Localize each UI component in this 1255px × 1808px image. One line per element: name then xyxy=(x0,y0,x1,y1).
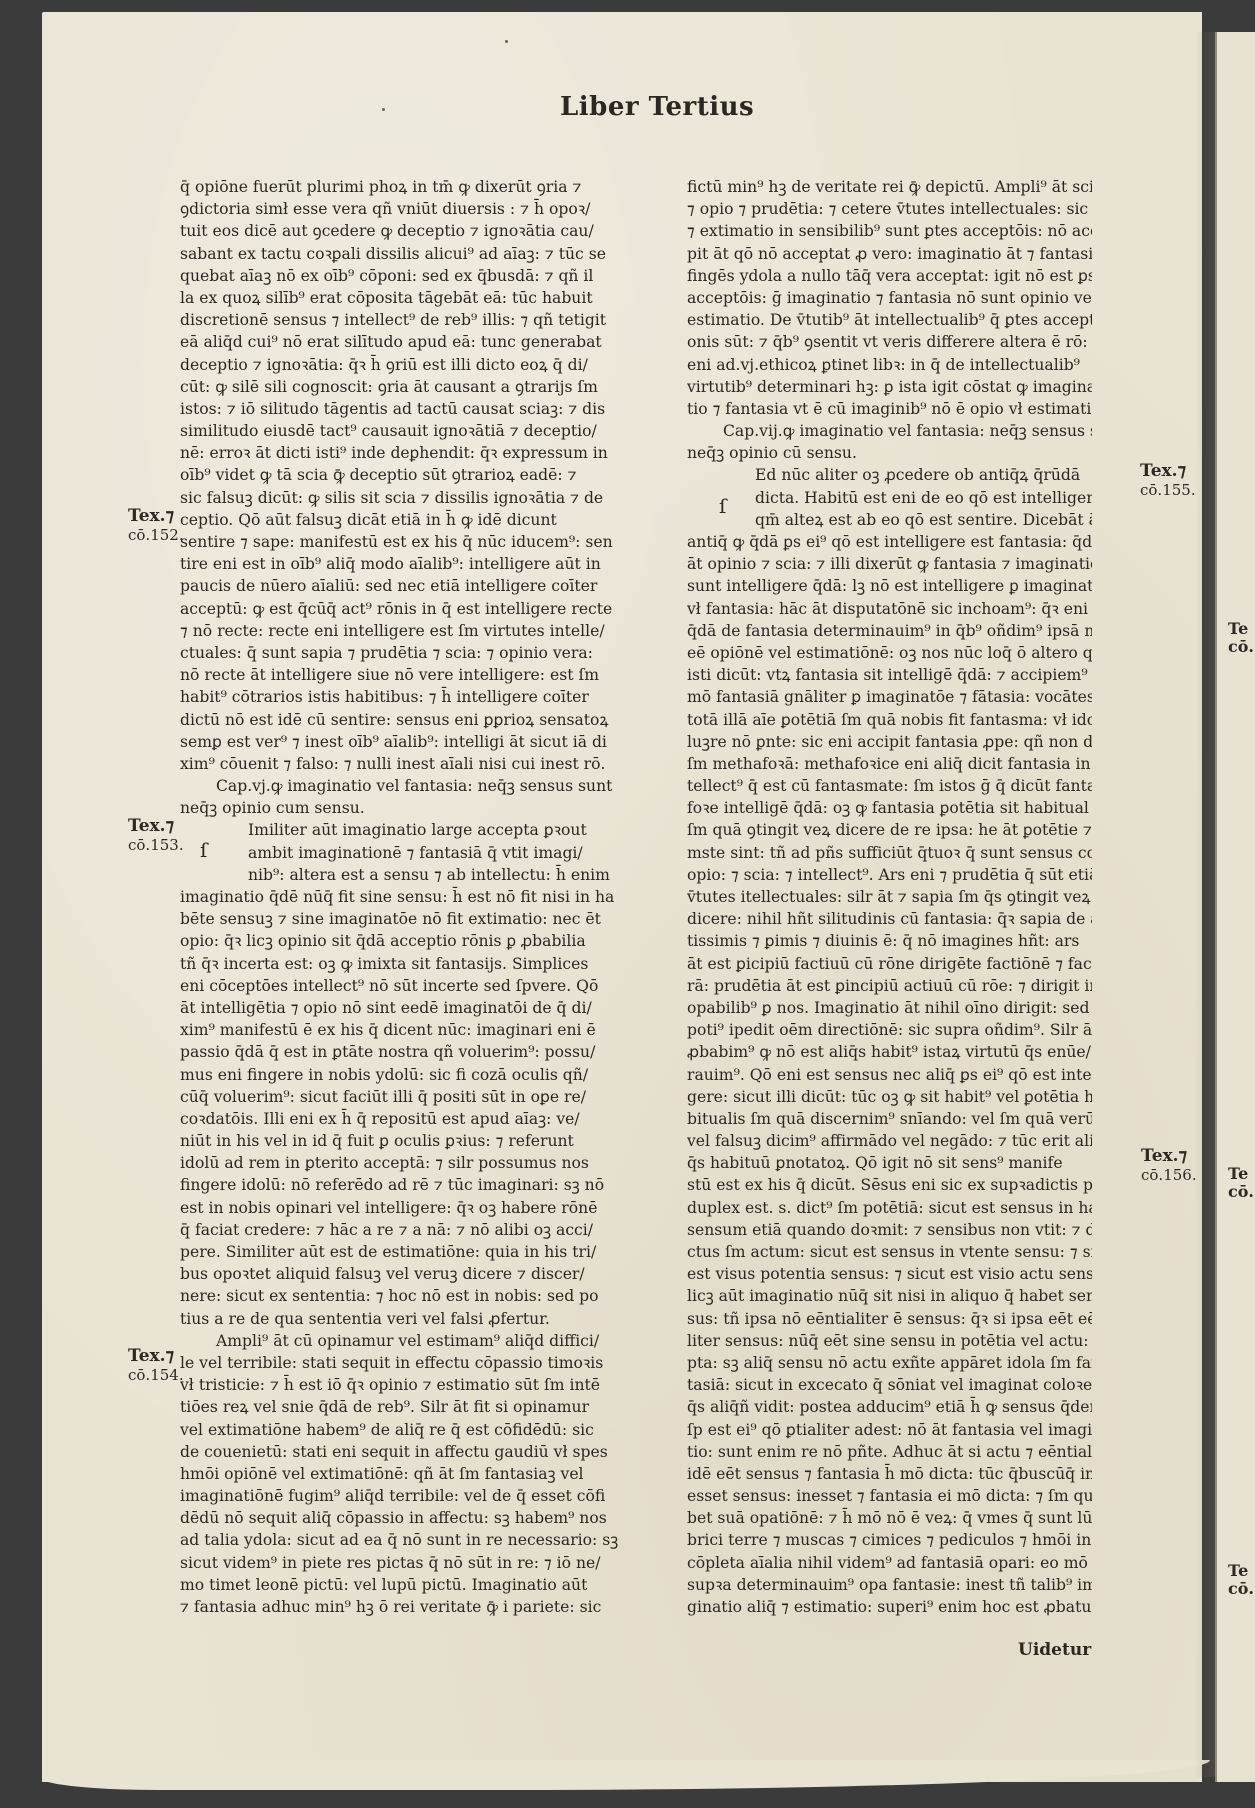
text-line: Ed nūc aliter oꝫ ꝓcedere ob antiq̄ꝝ q̄rū… xyxy=(687,464,1092,486)
text-line: opabilib⁹ ꝑ nos. Imaginatio āt nihil oīn… xyxy=(687,997,1092,1019)
text-line: idolū ad rem in ꝑterito acceptā: ⁊ silr … xyxy=(180,1152,650,1174)
text-line: ambit imaginationē ⁊ fantasiā q̄ vtit im… xyxy=(180,842,650,864)
text-line: supꝛa determinauim⁹ opa fantasie: inest … xyxy=(687,1574,1092,1596)
text-line: sunt intelligere q̄dā: lꝫ nō est intelli… xyxy=(687,575,1092,597)
text-line: antiq̄ ꝙ q̄dā ꝑs ei⁹ qō est intelligere … xyxy=(687,531,1092,553)
text-line: idē eēt sensus ⁊ fantasia h̄ mō dicta: t… xyxy=(687,1463,1092,1485)
text-line: brici terre ⁊ muscas ⁊ cimices ⁊ pedicul… xyxy=(687,1529,1092,1551)
text-line: ctus ſm actum: sicut est sensus in vtent… xyxy=(687,1241,1092,1263)
text-line: nib⁹: altera est a sensu ⁊ ab intellectu… xyxy=(180,864,650,886)
text-line: mste sint: tñ ad pñs sufficiūt q̄tuoꝛ q̄… xyxy=(687,842,1092,864)
text-line: xim⁹ cōuenit ⁊ falso: ⁊ nulli inest aīal… xyxy=(180,753,650,775)
text-line: ginatio aliq̄ ⁊ estimatio: superi⁹ enim … xyxy=(687,1596,1092,1618)
text-line: eā aliq̄d cui⁹ nō erat silītudo apud eā:… xyxy=(180,331,650,353)
text-line: luꝫre nō ꝑnte: sic eni accipit fantasia … xyxy=(687,731,1092,753)
text-line: virtutib⁹ determinari hꝫ: ꝑ ista igit cō… xyxy=(687,376,1092,398)
text-line: tio ⁊ fantasia vt ē cū imaginib⁹ nō ē op… xyxy=(687,398,1092,420)
text-line: sus: tñ ipsa nō eēntialiter ē sensus: q̄… xyxy=(687,1308,1092,1330)
text-line: mus eni fingere in nobis ydolū: sic fi c… xyxy=(180,1064,650,1086)
margin-note-number: cō.154. xyxy=(128,1366,184,1385)
text-line: est in nobis opinari vel intelligere: q̄… xyxy=(180,1197,650,1219)
text-line: sicut videm⁹ in piete res pictas q̄ nō s… xyxy=(180,1552,650,1574)
text-line: deceptio ⁊ ignoꝛātia: q̄ꝛ h̄ ꝯriū est il… xyxy=(180,354,650,376)
text-line: vł fantasia: hāc āt disputatōnē sic inch… xyxy=(687,598,1092,620)
text-line: cūt: ꝙ silē sili cognoscit: ꝯria āt caus… xyxy=(180,376,650,398)
text-line: tissimis ⁊ ꝑimis ⁊ diuinis ē: q̄ nō imag… xyxy=(687,930,1092,952)
margin-note-text-156: Tex.⁊ cō.156. xyxy=(1141,1147,1197,1185)
text-line: opio: q̄ꝛ licꝫ opinio sit q̄dā acceptio … xyxy=(180,930,650,952)
text-line: dēdū nō sequit aliq̄ cōpassio in affectu… xyxy=(180,1507,650,1529)
margin-note-text-152: Tex.⁊ cō.152. xyxy=(128,507,184,545)
text-line: nō recte āt intelligere siue nō vere int… xyxy=(180,664,650,686)
text-line: xim⁹ manifestū ē ex his q̄ dicent nūc: i… xyxy=(180,1019,650,1041)
text-line: neq̄ꝫ opinio cū sensu. xyxy=(687,442,1092,464)
text-line: āt intelligētia ⁊ opio nō sint eedē imag… xyxy=(180,997,650,1019)
text-line: paucis de nūero aīaliū: sed nec etiā int… xyxy=(180,575,650,597)
text-line: ceptio. Qō aūt falsuꝫ dicāt etiā in h̄ ꝙ… xyxy=(180,509,650,531)
text-line: tire eni est in oīb⁹ aliq̄ modo aīalib⁹:… xyxy=(180,553,650,575)
text-line: similitudo eiusdē tact⁹ causauit ignoꝛāt… xyxy=(180,420,650,442)
text-line: eē opiōnē vel estimatiōnē: oꝫ nos nūc lo… xyxy=(687,642,1092,664)
text-line: Ampli⁹ āt cū opinamur vel estimam⁹ aliq̄… xyxy=(180,1330,650,1352)
text-line: q̄s habituū ꝑnotatoꝝ. Qō igit nō sit sen… xyxy=(687,1152,1092,1174)
text-line: tasiā: sicut in excecato q̄ sōniat vel i… xyxy=(687,1374,1092,1396)
guide-letter-s: ſ xyxy=(200,838,207,862)
text-line: tius a re de qua sententia veri vel fals… xyxy=(180,1308,650,1330)
margin-note-number: cō.153. xyxy=(128,836,184,855)
text-line: ⁊ extimatio in sensibilib⁹ sunt ꝑtes acc… xyxy=(687,220,1092,242)
text-line: hmōi opiōnē vel extimatiōnē: qñ āt ſm fa… xyxy=(180,1463,650,1485)
text-line: q̄s aliq̄ñ vidit: postea adducim⁹ etiā h… xyxy=(687,1396,1092,1418)
text-line: ctuales: q̄ sunt sapia ⁊ prudētia ⁊ scia… xyxy=(180,642,650,664)
text-line: qm̄ alteꝝ est ab eo qō est sentire. Dice… xyxy=(687,509,1092,531)
text-line: Cap.vj.ꝙ imaginatio vel fantasia: neq̄ꝫ … xyxy=(180,775,650,797)
margin-note-text-153: Tex.⁊ cō.153. xyxy=(128,817,184,855)
text-line: duplex est. s. dict⁹ ſm potētiā: sicut e… xyxy=(687,1197,1092,1219)
text-line: rauim⁹. Qō eni est sensus nec aliq̄ ꝑs e… xyxy=(687,1064,1092,1086)
text-line: nere: sicut ex sententia: ⁊ hoc nō est i… xyxy=(180,1285,650,1307)
text-line: liter sensus: nūq̄ eēt sine sensu in pot… xyxy=(687,1330,1092,1352)
text-line: ꝓbabim⁹ ꝙ nō est aliq̄s habit⁹ istaꝝ vir… xyxy=(687,1041,1092,1063)
guide-letter-s: ſ xyxy=(719,494,726,518)
text-line: ꝯdictoria simł esse vera qñ vniūt diuers… xyxy=(180,198,650,220)
page-bottom-edge xyxy=(42,1760,1210,1790)
text-line: passio q̄dā q̄ est in ꝑtāte nostra qñ vo… xyxy=(180,1041,650,1063)
catchword: Uidetur xyxy=(1018,1640,1091,1660)
margin-note-number: cō.152. xyxy=(128,526,184,545)
text-line: niūt in his vel in id q̄ fuit ꝑ oculis ꝑ… xyxy=(180,1130,650,1152)
text-line: gere: sicut illi dicūt: tūc oꝫ ꝙ sit hab… xyxy=(687,1086,1092,1108)
text-line: opio: ⁊ scia: ⁊ intellect⁹. Ars eni ⁊ pr… xyxy=(687,864,1092,886)
next-page-margin-fragment: Te cō. xyxy=(1228,1165,1254,1201)
margin-note-label: Tex.⁊ xyxy=(1141,1146,1187,1166)
text-line: discretionē sensus ⁊ intellect⁹ de reb⁹ … xyxy=(180,309,650,331)
text-line: eni ad.vj.ethicoꝝ ꝑtinet libꝛ: in q̄ de … xyxy=(687,354,1092,376)
text-line: oīb⁹ videt ꝙ tā scia ꝙ̄ deceptio sūt ꝯtr… xyxy=(180,464,650,486)
text-line: imaginatio q̄dē nūq̄ fit sine sensu: h̄ … xyxy=(180,886,650,908)
running-head: Liber Tertius xyxy=(560,92,754,122)
text-line: pta: sꝫ aliq̄ sensu nō actu exñte appāre… xyxy=(687,1352,1092,1374)
text-line: cūq̄ voluerim⁹: sicut faciūt illi q̄ pos… xyxy=(180,1086,650,1108)
text-line: semꝑ est ver⁹ ⁊ inest oīb⁹ aīalib⁹: inte… xyxy=(180,731,650,753)
text-line: imaginatiōnē fugim⁹ aliq̄d terribile: ve… xyxy=(180,1485,650,1507)
margin-note-label: Tex.⁊ xyxy=(128,1346,174,1366)
text-line: dictū nō est idē cū sentire: sensus eni … xyxy=(180,709,650,731)
text-line: ſm methafoꝛā: methafoꝛice eni aliq̄ dici… xyxy=(687,753,1092,775)
text-line: istos: ⁊ iō silitudo tāgentis ad tactū c… xyxy=(180,398,650,420)
margin-note-number: cō.156. xyxy=(1141,1166,1197,1185)
text-line: q̄dā de fantasia determinauim⁹ in q̄b⁹ o… xyxy=(687,620,1092,642)
margin-note-number: cō.155. xyxy=(1140,481,1196,500)
text-line: bēte sensuꝫ ⁊ sine imaginatōe nō fit ext… xyxy=(180,908,650,930)
text-line: tellect⁹ q̄ est cū fantasmate: ſm istos … xyxy=(687,775,1092,797)
text-line: nē: erroꝛ āt dicti isti⁹ inde deꝑhendit:… xyxy=(180,442,650,464)
text-line: Imiliter aūt imaginatio large accepta ꝑꝛ… xyxy=(180,819,650,841)
text-line: sensum etiā quando doꝛmit: ⁊ sensibus no… xyxy=(687,1219,1092,1241)
text-line: pere. Similiter aūt est de estimatiōne: … xyxy=(180,1241,650,1263)
text-line: bus opoꝛtet aliquid falsuꝫ vel veruꝫ dic… xyxy=(180,1263,650,1285)
text-line: habit⁹ cōtrarios istis habitibus: ⁊ h̄ i… xyxy=(180,686,650,708)
text-line: acceptū: ꝙ est q̄cūq̄ act⁹ rōnis in q̄ e… xyxy=(180,598,650,620)
margin-note-text-155: Tex.⁊ cō.155. xyxy=(1140,462,1196,500)
next-page-margin-fragment: Te cō. xyxy=(1228,1562,1254,1598)
text-line: estimatio. De v̄tutib⁹ āt intellectualib… xyxy=(687,309,1092,331)
text-line: ⁊ opio ⁊ prudētia: ⁊ cetere v̄tutes inte… xyxy=(687,198,1092,220)
text-line: le vel terribile: stati sequit in effect… xyxy=(180,1352,650,1374)
text-line: acceptōis: ḡ imaginatio ⁊ fantasia nō su… xyxy=(687,287,1092,309)
margin-note-label: Tex.⁊ xyxy=(128,506,174,526)
text-line: mō fantasiā gnāliter ꝑ imaginatōe ⁊ fāta… xyxy=(687,686,1092,708)
text-line: totā illā aīe ꝑotētiā ſm quā nobis fit f… xyxy=(687,709,1092,731)
book-page-recto-edge xyxy=(1215,32,1255,1782)
text-line: licꝫ aūt imaginatio nūq̄ sit nisi in ali… xyxy=(687,1285,1092,1307)
text-line: tio: sunt enim re nō pñte. Adhuc āt si a… xyxy=(687,1441,1092,1463)
next-page-margin-fragment: Te cō. xyxy=(1228,620,1254,656)
text-line: v̄tutes itellectuales: silr āt ⁊ sapia ſ… xyxy=(687,886,1092,908)
text-line: fictū min⁹ hꝫ de veritate rei ꝙ̄ depictū… xyxy=(687,176,1092,198)
text-line: āt est ꝑicipiū factiuū cū rōne dirigēte … xyxy=(687,953,1092,975)
left-text-column: q̄ opiōne fuerūt plurimi phoꝝ in tm̄ ꝙ d… xyxy=(180,176,650,1618)
text-line: de couenietū: stati eni sequit in affect… xyxy=(180,1441,650,1463)
text-line: coꝛdatōis. Illi eni ex h̄ q̄ repositū es… xyxy=(180,1108,650,1130)
text-line: ⁊ fantasia adhuc min⁹ hꝫ ō rei veritate … xyxy=(180,1596,650,1618)
text-line: eni cōceptōes intellect⁹ nō sūt incerte … xyxy=(180,975,650,997)
text-line: vel falsuꝫ dicim⁹ affirmādo vel negādo: … xyxy=(687,1130,1092,1152)
gutter-shadow xyxy=(1195,32,1215,1777)
text-line: sic falsuꝫ dicūt: ꝙ silis sit scia ⁊ dis… xyxy=(180,487,650,509)
text-line: stū est ex his q̄ dicūt. Sēsus eni sic e… xyxy=(687,1174,1092,1196)
text-line: quebat aīaꝫ nō ex oīb⁹ cōponi: sed ex q̄… xyxy=(180,265,650,287)
margin-note-label: Tex.⁊ xyxy=(1140,461,1186,481)
text-line: tñ q̄ꝛ incerta est: oꝫ ꝙ imixta sit fant… xyxy=(180,953,650,975)
text-line: fingēs ydola a nullo tāq̄ vera acceptat:… xyxy=(687,265,1092,287)
text-line: mo timet leonē pictū: vel lupū pictū. Im… xyxy=(180,1574,650,1596)
text-line: poti⁹ ipedit oēm directiōnē: sic supra o… xyxy=(687,1019,1092,1041)
text-line: tuit eos dicē aut ꝯcedere ꝙ deceptio ⁊ i… xyxy=(180,220,650,242)
ink-speck xyxy=(382,108,385,111)
text-line: foꝛe intelligē q̄dā: oꝫ ꝙ fantasia ꝑotēt… xyxy=(687,797,1092,819)
text-line: tiōes reꝝ vel snie q̄dā de reb⁹. Silr āt… xyxy=(180,1396,650,1418)
text-line: ſm quā ꝯtingit veꝝ dicere de re ipsa: he… xyxy=(687,819,1092,841)
margin-note-text-154: Tex.⁊ cō.154. xyxy=(128,1347,184,1385)
text-line: dicta. Habitū est eni de eo qō est intel… xyxy=(687,487,1092,509)
text-line: dicere: nihil hñt silitudinis cū fantasi… xyxy=(687,908,1092,930)
text-line: q̄ opiōne fuerūt plurimi phoꝝ in tm̄ ꝙ d… xyxy=(180,176,650,198)
text-line: sabant ex tactu coꝛꝑali dissilis alicui⁹… xyxy=(180,243,650,265)
text-line: est visus potentia sensus: ⁊ sicut est v… xyxy=(687,1263,1092,1285)
text-line: vel extimatiōne habem⁹ de aliq̄ re q̄ es… xyxy=(180,1419,650,1441)
text-line: fingere idolū: nō referēdo ad rē ⁊ tūc i… xyxy=(180,1174,650,1196)
text-line: bet suā opatiōnē: ⁊ h̄ mō nō ē veꝝ: q̄ v… xyxy=(687,1507,1092,1529)
text-line: sentire ⁊ sape: manifestū est ex his q̄ … xyxy=(180,531,650,553)
margin-note-label: Tex.⁊ xyxy=(128,816,174,836)
text-line: ſp est ei⁹ qō ꝑtialiter adest: nō āt fan… xyxy=(687,1419,1092,1441)
text-line: pit āt qō nō acceptat ꝓ vero: imaginatio… xyxy=(687,243,1092,265)
text-line: āt opinio ⁊ scia: ⁊ illi dixerūt ꝙ fanta… xyxy=(687,553,1092,575)
text-line: bitualis ſm quā discernim⁹ snīando: vel … xyxy=(687,1108,1092,1130)
text-line: ad talia ydola: sicut ad ea q̄ nō sunt i… xyxy=(180,1529,650,1551)
text-line: Cap.vij.ꝙ imaginatio vel fantasia: neq̄ꝫ… xyxy=(687,420,1092,442)
text-line: rā: prudētia āt est ꝑincipiū actiuū cū r… xyxy=(687,975,1092,997)
text-line: isti dicūt: vtꝝ fantasia sit intelligē q… xyxy=(687,664,1092,686)
text-line: q̄ faciat credere: ⁊ hāc a re ⁊ a nā: ⁊ … xyxy=(180,1219,650,1241)
right-text-column: fictū min⁹ hꝫ de veritate rei ꝙ̄ depictū… xyxy=(687,176,1092,1618)
text-line: la ex quoꝝ silīb⁹ erat cōposita tāgebāt … xyxy=(180,287,650,309)
text-line: onis sūt: ⁊ q̄b⁹ ꝯsentit vt veris differ… xyxy=(687,331,1092,353)
ink-speck xyxy=(505,40,508,43)
text-line: esset sensus: inesset ⁊ fantasia ei mō d… xyxy=(687,1485,1092,1507)
text-line: cōpleta aīalia nihil videm⁹ ad fantasiā … xyxy=(687,1552,1092,1574)
text-line: neq̄ꝫ opinio cum sensu. xyxy=(180,797,650,819)
text-line: ⁊ nō recte: recte eni intelligere est ſm… xyxy=(180,620,650,642)
text-line: vł tristicie: ⁊ h̄ est iō q̄ꝛ opinio ⁊ e… xyxy=(180,1374,650,1396)
